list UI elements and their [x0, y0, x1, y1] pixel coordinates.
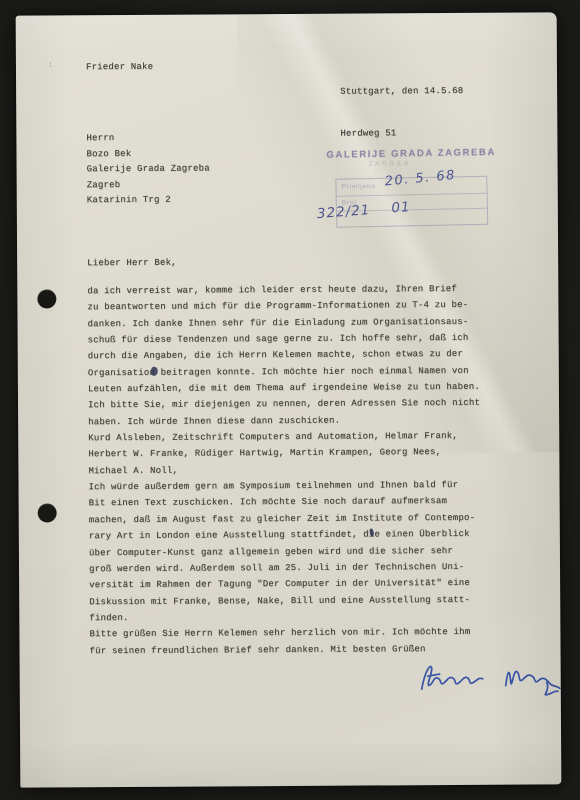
letter-body-line: durch die Angaben, die ich Herrn Kelemen…: [88, 346, 480, 365]
letter-body-line: versität im Rahmen der Tagung "Der Compu…: [89, 575, 481, 594]
recipient-line: Katarinin Trg 2: [87, 193, 210, 209]
letter-body-line: Herbert W. Franke, Rüdiger Hartwig, Mart…: [88, 444, 480, 463]
registration-mark: :: [48, 59, 53, 68]
recipient-line: Bozo Bek: [86, 146, 209, 162]
sender-address: Herdweg 51: [340, 122, 463, 145]
letter-body-line: Diskussion mit Franke, Bense, Nake, Bill…: [89, 591, 481, 610]
date-line: Stuttgart, den 14.5.68: [340, 80, 463, 103]
salutation: Lieber Herr Bek,: [87, 258, 177, 269]
sender-name: Frieder Nake: [86, 62, 153, 72]
recipient-address-block: HerrnBozo BekGalerije Grada ZagrebaZagre…: [86, 130, 210, 209]
gallery-stamp-heading: GALERIJE GRADA ZAGREBA: [326, 147, 518, 161]
letter-body-line: rary Art in London eine Ausstellung stat…: [89, 526, 481, 545]
handwritten-signature: [416, 656, 580, 707]
letter-body-line: Ich bitte Sie, mir diejenigen zu nennen,…: [88, 395, 480, 414]
letter-body-line: Bitte grüßen Sie Herrn Kelemen sehr herz…: [89, 624, 481, 643]
punch-hole: [37, 289, 56, 308]
punch-hole: [38, 503, 57, 522]
recipient-line: Galerije Grada Zagreba: [87, 162, 210, 178]
letter-page: : Frieder Nake Stuttgart, den 14.5.68 He…: [16, 12, 562, 787]
recipient-line: Zagreb: [87, 177, 210, 193]
stamp-received-label: Primljeno: [341, 183, 375, 191]
letter-body: da ich verreist war, komme ich leider er…: [87, 281, 481, 659]
gallery-stamp-subheading: ZAGREB: [369, 161, 412, 167]
photo-mount-background: : Frieder Nake Stuttgart, den 14.5.68 He…: [0, 0, 580, 800]
recipient-line: Herrn: [86, 130, 209, 146]
letter-body-line: zu beantworten und mich für die Programm…: [87, 297, 479, 316]
